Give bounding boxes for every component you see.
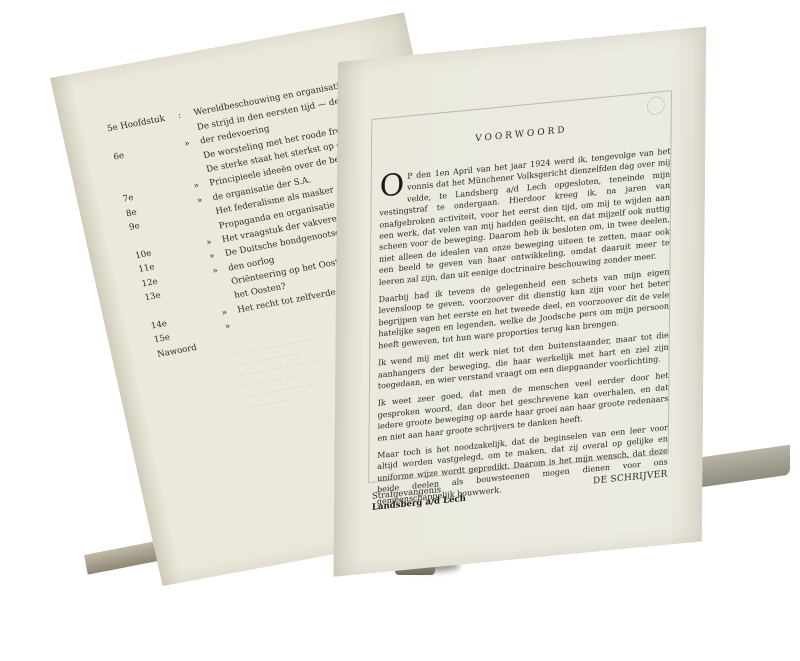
toc-ditto-mark	[174, 94, 184, 96]
bleed-through-drop-cap	[647, 96, 665, 116]
foreword-frame: VOORWOORD OP den 1en April van het jaar …	[368, 90, 672, 483]
paragraph-text: P den 1en April van het jaar 1924 werd i…	[379, 147, 671, 287]
right-page: VOORWOORD OP den 1en April van het jaar …	[334, 27, 707, 577]
drop-cap: O	[380, 173, 405, 199]
photo-scene: 3985e Hoofdstuk:Wereldbeschouwing en org…	[0, 0, 800, 661]
foreword-body: OP den 1en April van het jaar 1924 werd …	[377, 146, 671, 514]
foreword-paragraph: OP den 1en April van het jaar 1924 werd …	[379, 146, 671, 289]
foreword-title: VOORWOORD	[372, 115, 671, 154]
toc-chapter-number	[103, 98, 162, 109]
